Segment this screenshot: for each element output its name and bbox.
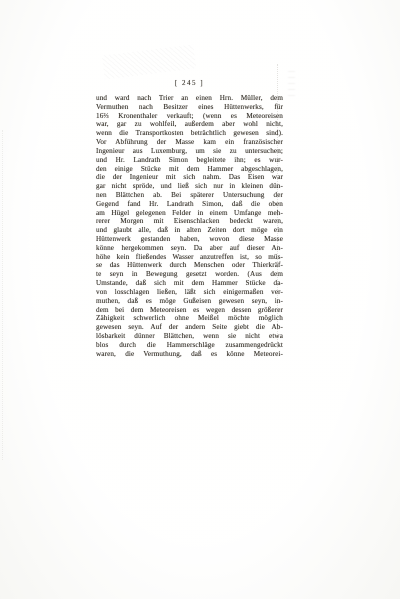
- text-line: könne hergekommen seyn. Da aber auf dies…: [96, 244, 283, 253]
- text-line: von losschlagen ließen, läßt sich einige…: [96, 288, 283, 297]
- text-line: gewesen seyn. Auf der andern Seite giebt…: [96, 323, 283, 332]
- text-line: und glaubt alle, daß in alten Zeiten dor…: [96, 226, 283, 235]
- text-line: waren, die Vermuthung, daß es könne Mete…: [96, 350, 283, 359]
- scan-smudge: [288, 70, 295, 96]
- text-line: wenn die Transportkosten beträchtlich ge…: [96, 129, 283, 138]
- text-line: rerer Morgen mit Eisenschlacken bedeckt …: [96, 217, 283, 226]
- text-line: muthen, daß es möge Gußeisen gewesen sey…: [96, 297, 283, 306]
- page-edge-bleed-left: [2, 130, 3, 460]
- text-line: blos durch die Hammerschläge zusammenged…: [96, 341, 283, 350]
- text-line: am Hügel gelegenen Felder in einem Umfan…: [96, 209, 283, 218]
- text-line: Vor Abführung der Masse kam ein französi…: [96, 138, 283, 147]
- text-line: lösbarkeit dünner Blättchen, wenn sie ni…: [96, 332, 283, 341]
- page-number: [ 245 ]: [96, 79, 283, 87]
- text-line: war, gar zu wohlfeil, außerdem aber wohl…: [96, 120, 283, 129]
- text-line: und Hr. Landrath Simon begleitete ihn; e…: [96, 156, 283, 165]
- text-block: [ 245 ] und ward nach Trier an einen Hrn…: [96, 79, 283, 358]
- scan-noise-band: [102, 44, 196, 79]
- text-line: Zähigkeit schwerlich ohne Meißel möchte …: [96, 314, 283, 323]
- scanned-book-page: [ 245 ] und ward nach Trier an einen Hrn…: [0, 0, 400, 599]
- text-line: nen Blättchen ab. Bei späterer Untersuch…: [96, 191, 283, 200]
- text-line: Gegend fand Hr. Landrath Simon, daß die …: [96, 200, 283, 209]
- text-line: die der Ingenieur mit sich nahm. Das Eis…: [96, 173, 283, 182]
- text-line: te seyn in Bewegung gesetzt worden. (Aus…: [96, 270, 283, 279]
- text-line: den einige Stücke mit dem Hammer abgesch…: [96, 165, 283, 174]
- text-line: 16⅔ Kronenthaler verkauft; (wenn es Mete…: [96, 112, 283, 121]
- body-text: und ward nach Trier an einen Hrn. Müller…: [96, 94, 283, 358]
- text-line: se das Hüttenwerk durch Menschen oder Th…: [96, 261, 283, 270]
- text-line: Ingenieur aus Luxemburg, um sie zu unter…: [96, 147, 283, 156]
- text-line: und ward nach Trier an einen Hrn. Müller…: [96, 94, 283, 103]
- text-line: dem bei dem Meteoreisen es wegen dessen …: [96, 306, 283, 315]
- text-line: Vermuthen nach Besitzer eines Hüttenwerk…: [96, 103, 283, 112]
- text-line: gar nicht spröde, und ließ sich nur in k…: [96, 182, 283, 191]
- text-line: höhe kein fließendes Wasser anzutreffen …: [96, 253, 283, 262]
- text-line: Umstande, daß sich mit dem Hammer Stücke…: [96, 279, 283, 288]
- text-line: Hüttenwerk gestanden haben, wovon diese …: [96, 235, 283, 244]
